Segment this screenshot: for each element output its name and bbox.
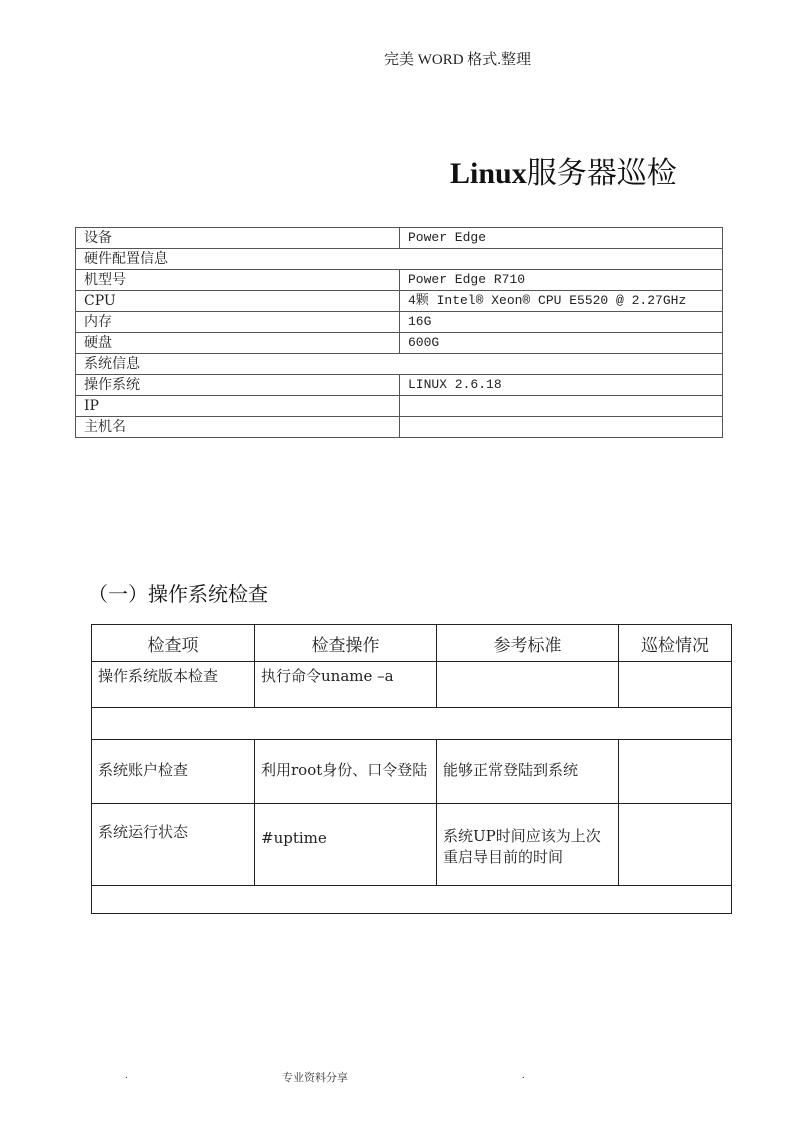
header-reference-standard: 参考标准 bbox=[437, 625, 619, 662]
check-row: 系统账户检查 利用root身份、口令登陆 能够正常登陆到系统 bbox=[92, 740, 732, 804]
info-value: Power Edge R710 bbox=[400, 270, 723, 291]
info-label: 机型号 bbox=[76, 270, 400, 291]
info-value: 16G bbox=[400, 312, 723, 333]
document-title: Linux服务器巡检 bbox=[450, 148, 677, 192]
title-cn: 服务器巡检 bbox=[527, 156, 677, 191]
check-status bbox=[619, 662, 732, 708]
check-standard bbox=[437, 662, 619, 708]
footer-left-mark: . bbox=[125, 1069, 128, 1081]
info-row-hardware-section: 硬件配置信息 bbox=[76, 249, 723, 270]
info-row-disk: 硬盘600G bbox=[76, 333, 723, 354]
info-section-label: 系统信息 bbox=[76, 354, 723, 375]
info-row-os: 操作系统LINUX 2.6.18 bbox=[76, 375, 723, 396]
check-item: 系统运行状态 bbox=[92, 804, 255, 886]
blank-cell bbox=[92, 708, 732, 740]
check-operation: #uptime bbox=[255, 804, 437, 886]
info-label: 内存 bbox=[76, 312, 400, 333]
info-row-model: 机型号Power Edge R710 bbox=[76, 270, 723, 291]
info-label: CPU bbox=[76, 291, 400, 312]
os-check-table: 检查项 检查操作 参考标准 巡检情况 操作系统版本检查 执行命令uname –a… bbox=[91, 624, 732, 914]
blank-cell bbox=[92, 886, 732, 914]
info-label: 主机名 bbox=[76, 417, 400, 438]
check-standard: 系统UP时间应该为上次重启导目前的时间 bbox=[437, 804, 619, 886]
header-check-item: 检查项 bbox=[92, 625, 255, 662]
info-label: 设备 bbox=[76, 228, 400, 249]
check-status bbox=[619, 804, 732, 886]
title-latin: Linux bbox=[450, 157, 527, 190]
info-value: Power Edge bbox=[400, 228, 723, 249]
info-row-device: 设备Power Edge bbox=[76, 228, 723, 249]
check-table-header: 检查项 检查操作 参考标准 巡检情况 bbox=[92, 625, 732, 662]
check-standard: 能够正常登陆到系统 bbox=[437, 740, 619, 804]
info-value bbox=[400, 417, 723, 438]
section-title: （一）操作系统检查 bbox=[88, 578, 268, 607]
check-operation: 利用root身份、口令登陆 bbox=[255, 740, 437, 804]
info-section-label: 硬件配置信息 bbox=[76, 249, 723, 270]
info-value: 4颗 Intel® Xeon® CPU E5520 @ 2.27GHz bbox=[400, 291, 723, 312]
header-check-operation: 检查操作 bbox=[255, 625, 437, 662]
info-row-hostname: 主机名 bbox=[76, 417, 723, 438]
footer-text: 专业资料分享 bbox=[282, 1069, 348, 1085]
info-row-ip: IP bbox=[76, 396, 723, 417]
header-inspection-status: 巡检情况 bbox=[619, 625, 732, 662]
check-item: 系统账户检查 bbox=[92, 740, 255, 804]
info-label: 操作系统 bbox=[76, 375, 400, 396]
info-row-memory: 内存16G bbox=[76, 312, 723, 333]
blank-row bbox=[92, 708, 732, 740]
page-header: 完美 WORD 格式.整理 bbox=[0, 48, 800, 69]
check-row: 系统运行状态 #uptime 系统UP时间应该为上次重启导目前的时间 bbox=[92, 804, 732, 886]
info-value: LINUX 2.6.18 bbox=[400, 375, 723, 396]
info-row-system-section: 系统信息 bbox=[76, 354, 723, 375]
check-row: 操作系统版本检查 执行命令uname –a bbox=[92, 662, 732, 708]
info-row-cpu: CPU4颗 Intel® Xeon® CPU E5520 @ 2.27GHz bbox=[76, 291, 723, 312]
info-label: 硬盘 bbox=[76, 333, 400, 354]
server-info-table: 设备Power Edge 硬件配置信息 机型号Power Edge R710 C… bbox=[75, 227, 723, 438]
check-status bbox=[619, 740, 732, 804]
info-value: 600G bbox=[400, 333, 723, 354]
info-value bbox=[400, 396, 723, 417]
info-label: IP bbox=[76, 396, 400, 417]
check-operation: 执行命令uname –a bbox=[255, 662, 437, 708]
blank-row bbox=[92, 886, 732, 914]
footer-right-mark: . bbox=[522, 1069, 525, 1081]
check-item: 操作系统版本检查 bbox=[92, 662, 255, 708]
